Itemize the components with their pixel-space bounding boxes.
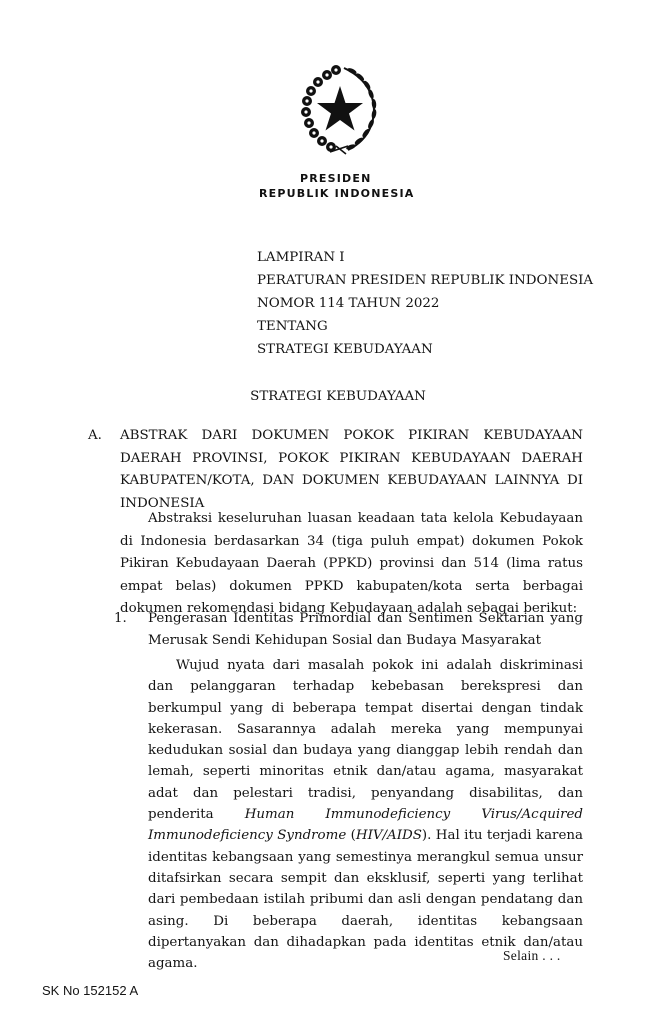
lampiran-line: PERATURAN PRESIDEN REPUBLIK INDONESIA [257,269,593,292]
list-item: 1. Pengerasan Identitas Primordial dan S… [114,608,583,651]
item-paragraph: Wujud nyata dari masalah pokok ini adala… [148,655,583,974]
lampiran-line: NOMOR 114 TAHUN 2022 [257,292,593,315]
sk-number: SK No 152152 A [42,983,138,998]
paragraph-italic-term: HIV/AIDS [356,828,422,843]
section-heading: ABSTRAK DARI DOKUMEN POKOK PIKIRAN KEBUD… [120,425,583,515]
continuation-marker: Selain . . . [503,948,561,964]
section-marker: A. [88,425,102,448]
paragraph-text: Wujud nyata dari masalah pokok ini adala… [148,658,583,822]
star-wreath-emblem-icon [296,62,382,158]
lampiran-line: STRATEGI KEBUDAYAAN [257,338,593,361]
header-republik-indonesia: REPUBLIK INDONESIA [259,187,414,200]
header-presiden: PRESIDEN [300,172,372,185]
item-number: 1. [114,608,127,630]
lampiran-block: LAMPIRAN I PERATURAN PRESIDEN REPUBLIK I… [257,246,593,361]
document-title: STRATEGI KEBUDAYAAN [0,389,668,404]
paragraph-text: ( [346,828,356,843]
lampiran-line: LAMPIRAN I [257,246,593,269]
section-a: A. ABSTRAK DARI DOKUMEN POKOK PIKIRAN KE… [88,425,583,515]
item-title: Pengerasan Identitas Primordial dan Sent… [148,608,583,651]
lampiran-line: TENTANG [257,315,593,338]
intro-paragraph: Abstraksi keseluruhan luasan keadaan tat… [120,508,583,621]
